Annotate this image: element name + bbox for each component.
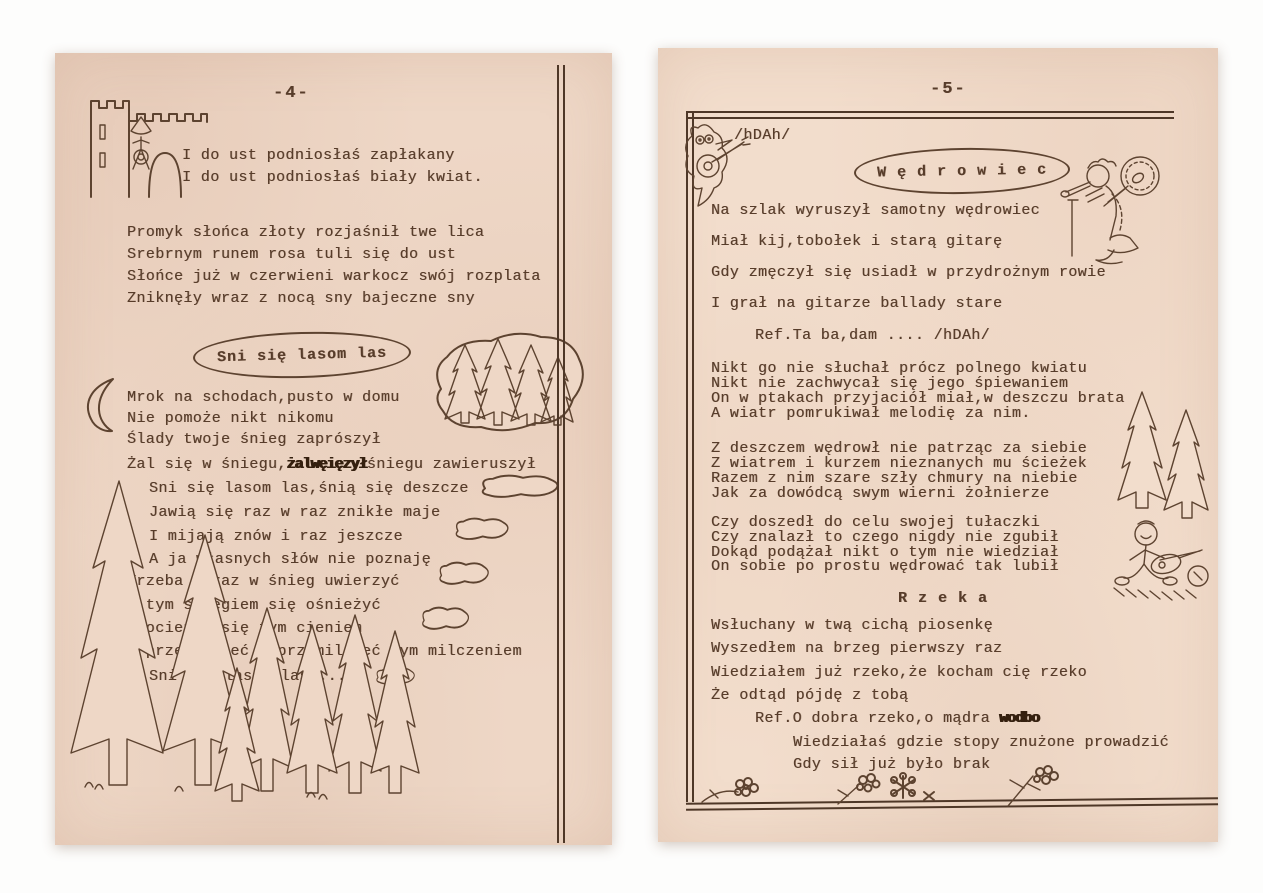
lyric-line: Srebrnym runem rosa tuli się do ust [127,247,456,262]
refrain-line: Ref.Ta ba,dam .... /hDAh/ [755,328,990,343]
lyric-line: Miał kij,tobołek i starą gitarę [711,234,1002,249]
flower-doodles [688,762,1118,810]
lyric-line: Mrok na schodach,pusto w domu [127,390,400,405]
lyric-line: Jak za dowódcą swym wierni żołnierze [711,486,1049,501]
lyric-line: Czy doszedł do celu swojej tułaczki [711,515,1040,530]
refrain-line-overstruck: Ref.O dobra rzeko,o mądra wodbo [755,711,1039,726]
cloud-doodle-2 [451,516,513,542]
refrain-blot: wodbo [999,710,1039,727]
lyric-line: Ślady twoje śnieg zaprószył [127,432,381,447]
page-4: -4- I do ust podniosłaś zapłakany I do u… [55,53,612,845]
lyric-line: Że odtąd pójdę z tobą [711,688,908,703]
scanned-songbook-spread: -4- I do ust podniosłaś zapłakany I do u… [0,0,1263,893]
column-rule [557,65,565,843]
lyric-line: I grał na gitarze ballady stare [711,296,1002,311]
lyric-line: Nie pomoże nikt nikomu [127,411,334,426]
page-number-4: -4- [273,85,310,102]
lyric-line: Gdy zmęczył się usiadł w przydrożnym row… [711,265,1106,280]
lyric-line: Zniknęły wraz z nocą sny bajeczne sny [127,291,475,306]
page-5: -5- /hDAh/ W ę d r o w i e c [658,48,1218,842]
refrain-line: Wiedziałaś gdzie stopy znużone prowadzić [793,735,1169,750]
lyric-line: Słońce już w czerwieni warkocz swój rozp… [127,269,541,284]
lyric-line: On w ptakach przyjaciół miał,w deszczu b… [711,391,1125,406]
forest-drawing [57,453,432,805]
lyric-line: A wiatr pomrukiwał melodię za nim. [711,406,1031,421]
song-title-circle: W ę d r o w i e c [854,146,1071,196]
refrain-pre: Ref.O dobra rzeko,o mądra [755,710,999,727]
lyric-line: I do ust podniosłaś biały kwiat. [182,170,483,185]
lyric-line: Wyszedłem na brzeg pierwszy raz [711,641,1002,656]
page-number-5: -5- [930,81,967,98]
lyric-line: Wiedziałem już rzeko,że kocham cię rzeko [711,665,1087,680]
moon-icon [77,375,125,433]
lyric-line: Nikt go nie słuchał prócz polnego kwiatu [711,361,1087,376]
lyric-line: I do ust podniosłaś zapłakany [182,148,455,163]
lyric-line: Nikt nie zachwycał się jego śpiewaniem [711,376,1068,391]
song-title-wedrowiec: W ę d r o w i e c [877,162,1047,180]
wanderer-drawing [1056,136,1171,274]
lyric-line: Z deszczem wędrowł nie patrząc za siebie [711,441,1087,456]
song-title-circle: Sni się lasom las [192,329,411,381]
lyric-line: Razem z nim szare szły chmury na niebie [711,471,1078,486]
lyric-line: On sobie po prostu wędrować tak lubił [711,559,1059,574]
lyric-line: Promyk słońca złoty rozjaśnił twe lica [127,225,484,240]
lyric-line: Wsłuchany w twą cichą piosenkę [711,618,993,633]
lyric-line: Czy znalazł to czego nigdy nie zgubił [711,530,1059,545]
song-title-rzeka: R z e k a [898,591,988,606]
cloud-doodle-3 [435,560,493,587]
lyric-line: Z wiatrem i kurzem nieznanych mu ścieżek [711,456,1087,471]
lyric-line: Na szlak wyruszył samotny wędrowiec [711,203,1040,218]
guitarist-trees-drawing [1110,388,1218,608]
cloud-doodle-1 [475,473,565,500]
song-title-sni-sie-lasom-las: Sni się lasom las [217,345,387,364]
